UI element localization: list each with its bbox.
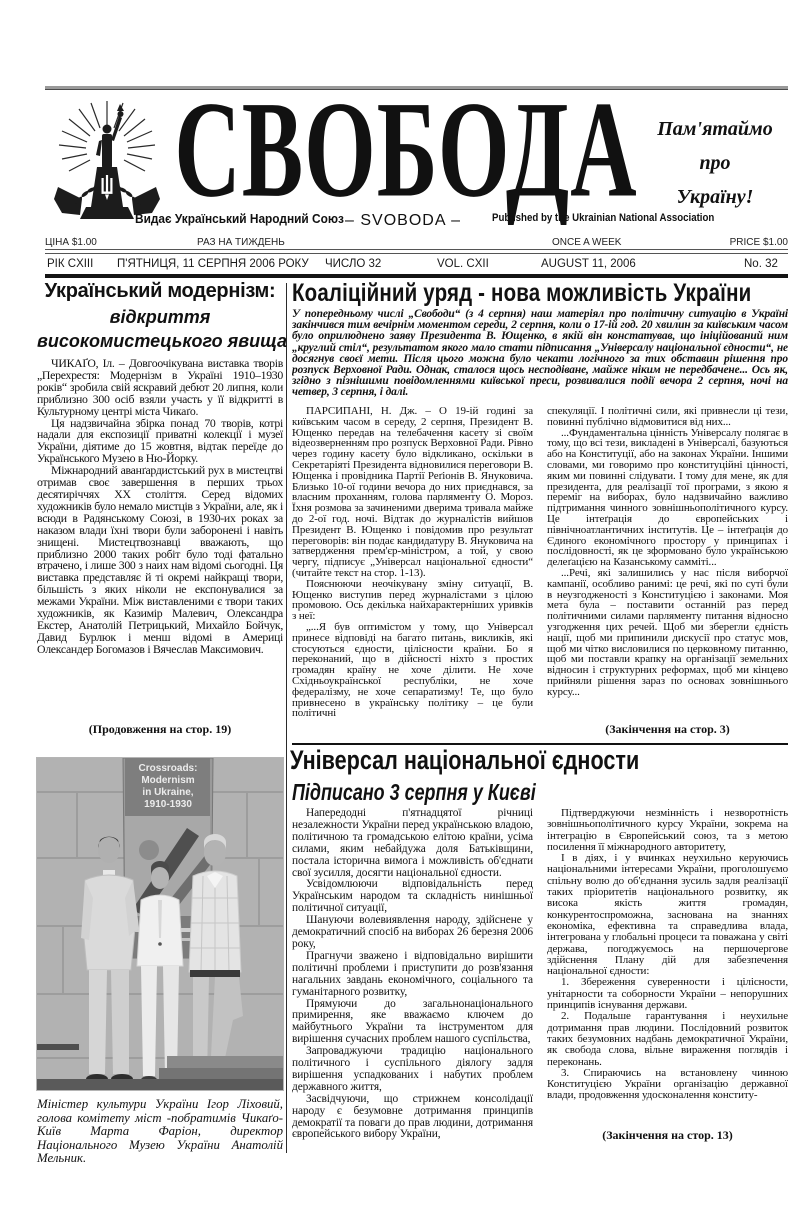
motto-line: Пам'ятаймо: [642, 112, 788, 146]
publisher-ukrainian: Видає Український Народний Союз: [135, 212, 335, 226]
paragraph: спекуляції. І політичні сили, які привне…: [547, 406, 788, 428]
universal-column-2: Підтверджуючи незмінність і незворотніст…: [547, 808, 788, 1120]
modernism-continuation-note: (Продовження на стор. 19): [37, 722, 283, 737]
exhibit-opening-photo: Crossroads: Modernism in Ukraine, 1910-1…: [37, 758, 283, 1090]
coalition-column-1: ПАРСИПАНІ, Н. Дж. – О 19-ій годині за ки…: [292, 406, 533, 728]
frequency-english: ONCE A WEEK: [552, 237, 621, 248]
title-transliteration: – SVOBODA –: [338, 212, 468, 230]
masthead-bottom-rule: [45, 274, 788, 278]
paragraph: ...Речі, які залишились у нас після вибо…: [547, 568, 788, 698]
masthead-motto: Пам'ятаймо про Україну!: [642, 112, 788, 214]
paragraph: Шануючи волевиявлення народу, здійснене …: [292, 915, 533, 951]
paragraph: Прагнучи зважено і відповідально вирішит…: [292, 951, 533, 999]
coalition-continuation-note: (Закінчення на стор. 3): [547, 722, 788, 737]
volume-english: VOL. CXII: [437, 258, 489, 270]
paragraph: ...Фундаментальна цінність Універсалу по…: [547, 428, 788, 568]
banner-text-line: 1910-1930: [144, 799, 192, 810]
issue-number-english: No. 32: [744, 258, 778, 270]
newspaper-front-page: СВОБОДА Пам'ятаймо про Україну! Видає Ук…: [0, 0, 810, 1214]
frequency-ukrainian: РАЗ НА ТИЖДЕНЬ: [197, 237, 285, 248]
paragraph: Засвідчуючи, що стрижнем консолідації на…: [292, 1094, 533, 1142]
universal-headline: Універсал національної єдности: [290, 745, 687, 776]
photo-caption: Міністер культури України Ігор Ліховий, …: [37, 1098, 283, 1166]
paragraph: 3. Спираючись на встановлену чинною Конс…: [547, 1068, 788, 1102]
issue-number-ukrainian: ЧИСЛО 32: [325, 258, 381, 270]
railing: [37, 1044, 79, 1050]
coalition-column-2: спекуляції. І політичні сили, які привне…: [547, 406, 788, 706]
paragraph: І в діях, і у вчинках неухильно керуючис…: [547, 853, 788, 977]
volume-year-ukrainian: РІК CXIII: [47, 258, 93, 270]
paragraph: 2. Подальше гарантування і неухильне дот…: [547, 1011, 788, 1067]
modernism-headline: Український модернізм:: [37, 280, 283, 303]
newspaper-title: СВОБОДА: [172, 95, 640, 205]
universal-continuation-note: (Закінчення на стор. 13): [547, 1128, 788, 1143]
paragraph: „...Я був оптимістом у тому, що Універса…: [292, 622, 533, 719]
paragraph: Підтверджуючи незмінність і незворотніст…: [547, 808, 788, 853]
paragraph: Напередодні п'ятнадцятої річниці незалеж…: [292, 808, 533, 879]
coalition-headline: Коаліційний уряд - нова можливість Украї…: [292, 279, 699, 308]
paragraph: 1. Збереження суверенности і цілісности,…: [547, 977, 788, 1011]
banner-text-line: in Ukraine,: [142, 787, 193, 798]
paragraph: ПАРСИПАНІ, Н. Дж. – О 19-ій годині за ки…: [292, 406, 533, 579]
paragraph: Прямуючи до загальнонаціонального примир…: [292, 999, 533, 1047]
modernism-subhead-line1: відкриття: [37, 307, 283, 328]
paragraph: Міжнародний аванґардистський рух в мисте…: [37, 465, 283, 656]
motto-line: Україну!: [642, 180, 788, 214]
universal-subheadline: Підписано 3 серпня у Києві: [292, 779, 679, 806]
column-divider-rule: [286, 283, 287, 1153]
universal-column-1: Напередодні п'ятнадцятої річниці незалеж…: [292, 808, 533, 1154]
paragraph: Усвідомлюючи відповідальність перед Укра…: [292, 879, 533, 915]
issue-date-ukrainian: П'ЯТНИЦЯ, 11 СЕРПНЯ 2006 РОКУ: [117, 258, 309, 270]
coalition-lead-paragraph: У попередньому числі „Свободи“ (з 4 серп…: [292, 309, 788, 409]
modernism-subhead-line2: високомистецького явища: [37, 331, 283, 352]
price-english: PRICE $1.00: [710, 237, 788, 248]
paragraph: Пояснюючи неочікувану зміну ситуації, В.…: [292, 579, 533, 622]
publisher-english: Published by the Ukrainian National Asso…: [492, 212, 699, 224]
motto-line: про: [642, 146, 788, 180]
issue-date-english: AUGUST 11, 2006: [541, 258, 636, 270]
paragraph: Запроваджуючи традицію національного пол…: [292, 1046, 533, 1094]
price-ukrainian: ЦІНА $1.00: [45, 237, 97, 248]
masthead-double-rule: [45, 249, 788, 254]
paragraph: ЧИКАҐО, Іл. – Довгоочікувана виставка тв…: [37, 358, 283, 418]
paragraph: Ця надзвичайна збірка понад 70 творів, к…: [37, 418, 283, 466]
banner-text-line: Modernism: [141, 775, 194, 786]
modernism-body-text: ЧИКАҐО, Іл. – Довгоочікувана виставка тв…: [37, 358, 283, 720]
banner-text-line: Crossroads:: [139, 763, 198, 774]
